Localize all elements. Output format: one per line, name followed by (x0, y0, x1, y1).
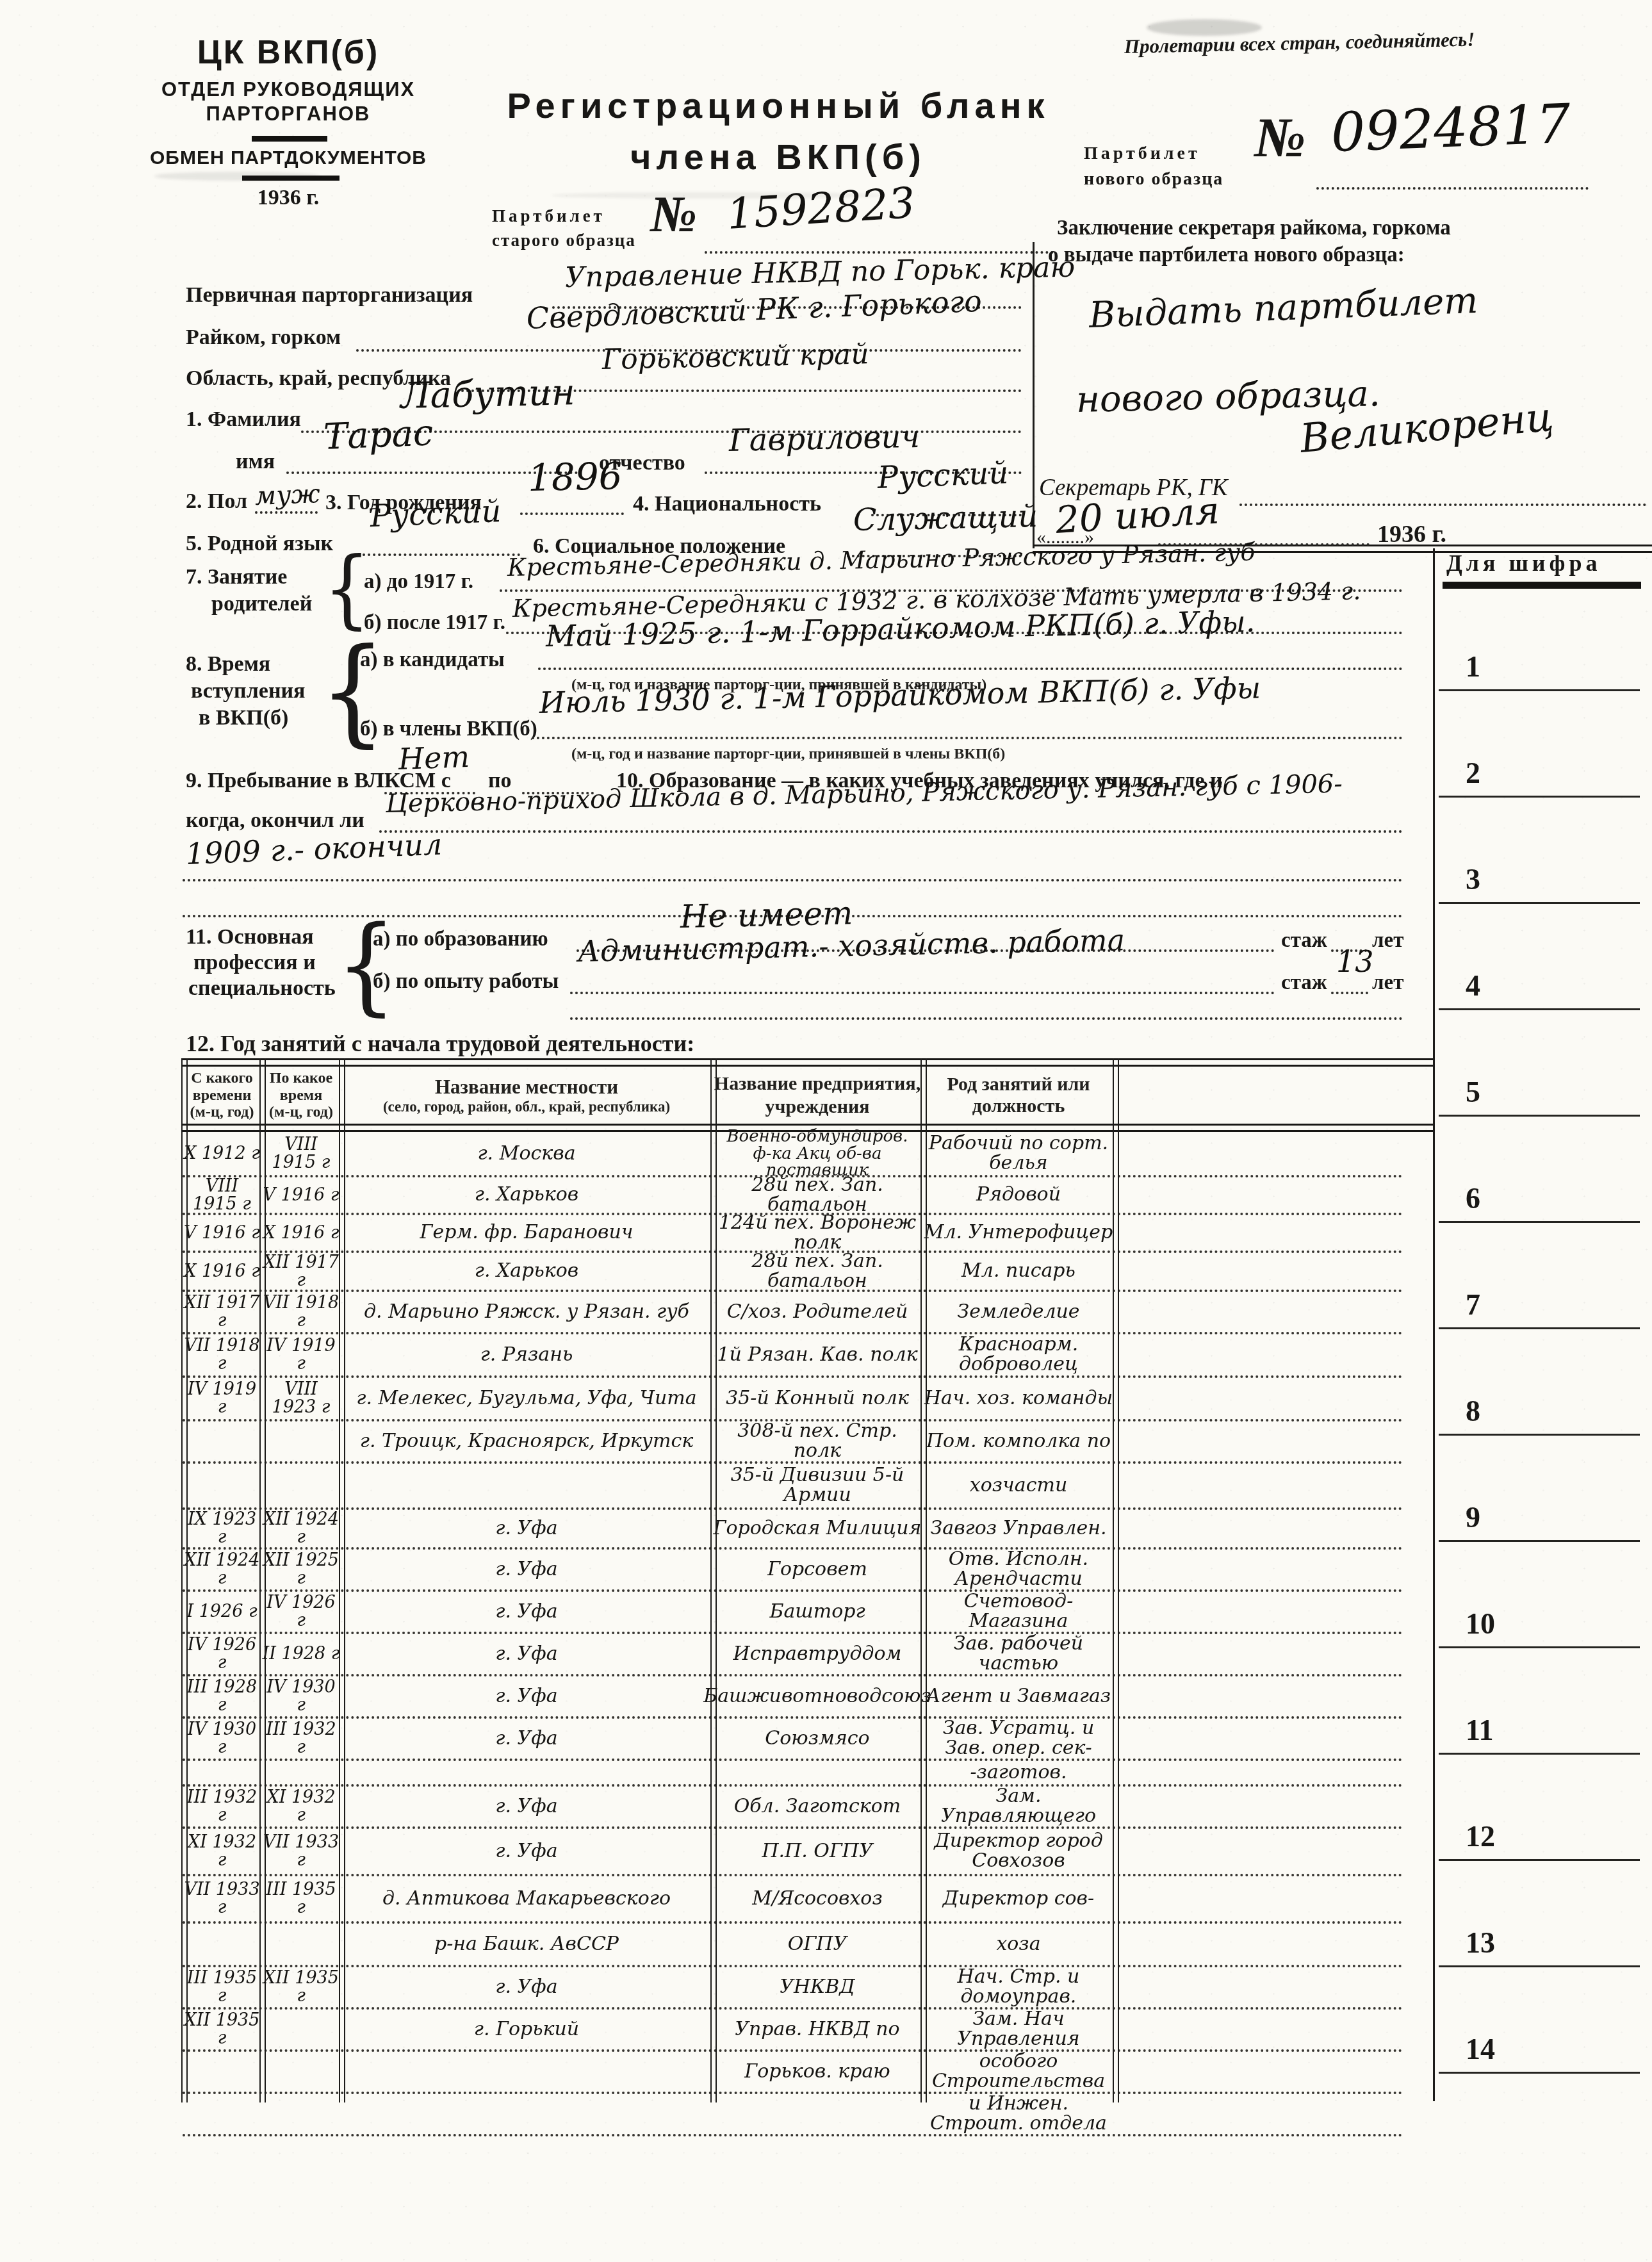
table-row: Горьков. краюособого Строительства (183, 2052, 1403, 2094)
cipher-header-text: Для шифра (1446, 550, 1601, 576)
table-cell: Зам. Управляющего (922, 1787, 1115, 1826)
oblast-value: Горьковский край (601, 338, 869, 376)
new-ticket-label2: нового образца (1084, 169, 1223, 190)
table-cell: XII 1925 г (261, 1552, 341, 1587)
table-cell: IV 1926 г (183, 1636, 261, 1671)
table-cell: V 1916 г (261, 1186, 341, 1204)
section11a-let-label: лет (1372, 929, 1403, 953)
scan-smudge (1147, 19, 1262, 36)
section11b-label: б) по опыту работы (373, 970, 559, 994)
section8b-note-text: (м-ц, год и название парторг-ции, приняв… (571, 746, 1005, 762)
page-title-line1: Регистрационный бланк (468, 85, 1089, 126)
section8-label3: в ВКП(б) (199, 706, 288, 730)
masthead-year-text: 1936 г. (258, 186, 320, 209)
section11b-stazh-label: стаж (1281, 971, 1327, 995)
table-cell: г. Рязань (341, 1345, 712, 1365)
h2-line1: По какое (270, 1070, 332, 1086)
section7-label2-text: родителей (211, 592, 312, 616)
table-cell: X 1916 г (183, 1263, 261, 1281)
section11b-stazh-value: 13 (1336, 944, 1374, 979)
table-row: X 1916 гXII 1917 гг. Харьков28й пех. Зап… (183, 1253, 1403, 1292)
name-value-text: Тарас (323, 412, 434, 458)
section11b-stazh-value-text: 13 (1336, 944, 1374, 979)
table-cell: III 1928 г (183, 1678, 261, 1714)
cipher-number-line (1439, 1008, 1640, 1010)
exchange-text: ОБМЕН ПАРТДОКУМЕНТОВ (150, 147, 427, 168)
table-cell: Обл. Заготскот (712, 1797, 922, 1817)
table-cell: Союзмясо (712, 1729, 922, 1749)
table-cell: С/хоз. Родителей (712, 1302, 922, 1322)
primary-org-value-text: Управление НКВД по Горьк. краю (564, 250, 1075, 294)
social-value: Служащий (853, 498, 1038, 538)
conclusion-heading2-text: о выдаче партбилета нового образца: (1048, 243, 1405, 266)
table-cell: X 1916 г (261, 1224, 341, 1242)
section8-label3-text: в ВКП(б) (199, 706, 288, 730)
table-cell: 35-й Конный полк (712, 1389, 922, 1409)
cipher-header: Для шифра (1446, 550, 1601, 577)
org-line2-text: ОТДЕЛ РУКОВОДЯЩИХ (161, 78, 415, 101)
cipher-number-line (1439, 902, 1640, 904)
new-ticket-number: 0924817 (1330, 92, 1572, 164)
section8a-label: а) в кандидаты (360, 648, 505, 672)
table-cell: Исправтруддом (712, 1644, 922, 1664)
table-cell: IX 1923 г (183, 1511, 261, 1546)
table-row: III 1928 гIV 1930 гг. УфаБашживотноводсо… (183, 1676, 1403, 1719)
nationality-label-text: 4. Национальность (633, 492, 821, 516)
table-cell: Военно-обмундиров. ф-ка Акц об-ва постав… (712, 1128, 922, 1179)
table-row: -заготов. (183, 1761, 1403, 1787)
section11b-dotline (570, 992, 1275, 994)
section7a-label: а) до 1917 г. (364, 570, 473, 594)
scan-smudge (551, 192, 884, 199)
conclusion-heading2: о выдаче партбилета нового образца: (1048, 243, 1405, 267)
scan-smudge (154, 172, 320, 181)
section8-label2: вступления (191, 679, 305, 703)
table-cell: и Инжен. Строит. отдела (922, 2094, 1115, 2133)
table-row: X 1912 гVIII 1915 гг. МоскваВоенно-обмун… (183, 1133, 1403, 1177)
cipher-number: 5 (1466, 1075, 1480, 1109)
section11b-let-text: лет (1372, 971, 1403, 994)
exchange-label: ОБМЕН ПАРТДОКУМЕНТОВ (109, 147, 468, 169)
table-cell: г. Уфа (341, 1842, 712, 1862)
old-ticket-label1-text: Партбилет (492, 206, 605, 225)
table-cell: г. Уфа (341, 1978, 712, 1997)
table-cell: III 1932 г (261, 1721, 341, 1756)
page-title-line1-text: Регистрационный бланк (507, 85, 1049, 126)
cipher-number-line (1439, 1646, 1640, 1648)
table-row: VII 1933 гIII 1935 гд. Аптикова Макарьев… (183, 1876, 1403, 1924)
table-cell: г. Уфа (341, 1729, 712, 1749)
cipher-header-bar (1443, 582, 1641, 589)
section8-label2-text: вступления (191, 679, 305, 703)
old-ticket-number-text: 1592823 (726, 178, 917, 239)
new-ticket-numero-icon: № (1254, 106, 1306, 170)
nationality-label: 4. Национальность (633, 492, 821, 516)
table-header-col4: Название предприятия, учреждения (712, 1069, 922, 1122)
section8-label1-text: 8. Время (186, 652, 270, 676)
cipher-number-line (1439, 1753, 1640, 1755)
table-cell: VIII 1915 г (261, 1136, 341, 1171)
section11a-label: а) по образованию (373, 928, 548, 951)
table-cell: Городская Милиция (712, 1519, 922, 1539)
primary-org-label: Первичная парторганизация (186, 283, 473, 307)
cipher-number: 7 (1466, 1288, 1480, 1322)
vlksm-value: Нет (398, 739, 470, 776)
section8a-label-text: а) в кандидаты (360, 648, 505, 671)
section8b-label: б) в члены ВКП(б) (360, 717, 537, 741)
table-cell: Мл. писарь (922, 1261, 1115, 1281)
new-ticket-number-text: 0924817 (1330, 92, 1572, 164)
table-row: IV 1930 гIII 1932 гг. УфаСоюзмясоЗав. Ус… (183, 1719, 1403, 1761)
h4-line2: учреждения (765, 1095, 870, 1119)
nationality-value: Русский (877, 455, 1009, 496)
table-cell: I 1926 г (183, 1603, 261, 1621)
section12-heading-text: 12. Год занятий с начала трудовой деятел… (186, 1031, 694, 1056)
section11b-stazh-text: стаж (1281, 971, 1327, 994)
org-line3: ПАРТОРГАНОВ (109, 102, 468, 126)
table-row: XII 1935 гг. ГорькийУправ. НКВД поЗам. Н… (183, 2010, 1403, 2052)
table-cell: Зав. Усратц. и Зав. опер. сек- (922, 1719, 1115, 1758)
table-cell: IV 1926 г (261, 1594, 341, 1629)
org-title: ЦК ВКП(б) (109, 33, 468, 72)
cipher-number: 9 (1466, 1500, 1480, 1534)
table-cell: XII 1935 г (261, 1969, 341, 2004)
table-cell: г. Уфа (341, 1602, 712, 1622)
birth-dotline (520, 512, 624, 515)
section8b-label-text: б) в члены ВКП(б) (360, 717, 537, 741)
name-label-text: имя (236, 450, 275, 473)
language-label-text: 5. Родной язык (186, 532, 333, 555)
section8-label1: 8. Время (186, 652, 270, 676)
table-row: XII 1924 гXII 1925 гг. УфаГорсоветОтв. И… (183, 1550, 1403, 1592)
sex-value-text: муж (254, 479, 321, 511)
cipher-number-line (1439, 1115, 1640, 1117)
table-cell: 308-й пех. Стр. полк (712, 1422, 922, 1461)
cipher-number-line (1439, 1434, 1640, 1436)
surname-value: Лабутин (400, 372, 575, 417)
table-cell: -заготов. (922, 1763, 1115, 1783)
table-vline-2 (259, 1058, 266, 2102)
language-value-text: Русский (370, 493, 502, 534)
table-cell: д. Марьино Ряжск. у Рязан. губ (341, 1302, 712, 1322)
section8b-note: (м-ц, год и название парторг-ции, приняв… (571, 746, 1005, 763)
table-vline-right (1113, 1058, 1119, 2102)
raikom-label: Райком, горком (186, 325, 341, 350)
old-ticket-number: 1592823 (726, 178, 917, 239)
table-header-col3: Название местности (село, город, район, … (341, 1069, 712, 1122)
table-cell: Отв. Исполн. Арендчасти (922, 1550, 1115, 1589)
table-header-col2: По какое время (м-ц, год) (261, 1069, 341, 1122)
table-cell: VIII 1923 г (261, 1381, 341, 1416)
table-cell: д. Аптикова Макарьевского (341, 1889, 712, 1909)
table-row: IX 1923 гXII 1924 гг. УфаГородская Милиц… (183, 1510, 1403, 1550)
h1-line1: С какого (191, 1070, 253, 1086)
table-cell: XI 1932 г (183, 1833, 261, 1869)
cipher-number: 14 (1466, 2032, 1495, 2066)
cipher-number-line (1439, 1965, 1640, 1967)
table-vline-5 (920, 1058, 927, 2102)
cipher-number-line (1439, 1859, 1640, 1861)
table-row: VII 1918 гIV 1919 гг. Рязань1й Рязан. Ка… (183, 1334, 1403, 1378)
education-label2-text: когда, окончил ли (186, 808, 364, 832)
table-row: V 1916 гX 1916 гГерм. фр. Баранович124й … (183, 1215, 1403, 1253)
org-title-text: ЦК ВКП(б) (197, 34, 380, 71)
table-row: I 1926 гIV 1926 гг. УфаБашторгСчетовод-М… (183, 1592, 1403, 1634)
table-cell: П.П. ОГПУ (712, 1842, 922, 1862)
section11-label2-text: профессия и (193, 951, 316, 974)
table-cell: X 1912 г (183, 1145, 261, 1163)
vlksm-value-text: Нет (398, 739, 470, 776)
table-row: IV 1919 гVIII 1923 гг. Мелекес, Бугульма… (183, 1378, 1403, 1422)
section7-label2: родителей (211, 592, 312, 616)
table-vline-3 (339, 1058, 345, 2102)
table-cell: Башживотноводсоюз (712, 1687, 922, 1707)
table-cell: VIII 1915 г (183, 1177, 261, 1213)
surname-label: 1. Фамилия (186, 407, 301, 432)
table-row: IV 1926 гII 1928 гг. УфаИсправтруддомЗав… (183, 1634, 1403, 1676)
cipher-number: 13 (1466, 1926, 1495, 1960)
section11-label2: профессия и (193, 951, 316, 975)
table-cell: г. Москва (341, 1144, 712, 1164)
education-dotline2 (183, 879, 1403, 881)
table-cell: Агент и Завмагаз (922, 1687, 1115, 1707)
table-cell: Земледелие (922, 1302, 1115, 1322)
table-cell: Рядовой (922, 1185, 1115, 1205)
table-header-col1: С какого времени (м-ц, год) (183, 1069, 261, 1122)
registration-form-page: ЦК ВКП(б) ОТДЕЛ РУКОВОДЯЩИХ ПАРТОРГАНОВ … (0, 0, 1652, 2262)
birth-value-text: 1896 (527, 454, 623, 500)
section11a-stazh-text: стаж (1281, 929, 1327, 952)
table-cell: IV 1930 г (261, 1678, 341, 1714)
table-vline-left (181, 1058, 188, 2102)
new-ticket-label2-text: нового образца (1084, 169, 1223, 189)
social-value-text: Служащий (853, 498, 1038, 538)
new-ticket-numero-text: № (1254, 107, 1306, 169)
h5-line1: Род занятий или должность (922, 1074, 1115, 1117)
table-row: III 1932 гXI 1932 гг. УфаОбл. ЗаготскотЗ… (183, 1787, 1403, 1829)
table-cell: Зам. Нач Управления (922, 2010, 1115, 2049)
cipher-number: 6 (1466, 1181, 1480, 1215)
old-ticket-label2-text: старого образца (492, 231, 636, 250)
cipher-number: 2 (1466, 756, 1480, 790)
cipher-number: 10 (1466, 1607, 1495, 1641)
table-cell: Пом. комполка по (922, 1432, 1115, 1452)
birth-value: 1896 (527, 454, 623, 500)
language-value: Русский (370, 493, 502, 534)
h3-line1: Название местности (435, 1076, 618, 1099)
section11b-label-text: б) по опыту работы (373, 970, 559, 993)
surname-label-text: 1. Фамилия (186, 407, 301, 431)
table-cell: 28й пех. Зап. батальон (712, 1176, 922, 1215)
language-dotline (363, 553, 520, 556)
table-cell: III 1932 г (183, 1789, 261, 1824)
section11-label1-text: 11. Основная (186, 925, 314, 949)
table-cell: Завгоз Управлен. (922, 1519, 1115, 1539)
education-dotline1 (379, 830, 1403, 833)
org-line3-text: ПАРТОРГАНОВ (206, 102, 371, 125)
section11a-let-text: лет (1372, 929, 1403, 952)
section11a-label-text: а) по образованию (373, 928, 548, 951)
h1-line3: (м-ц, год) (190, 1104, 254, 1120)
table-cell: Рабочий по сорт. белья (922, 1134, 1115, 1173)
section11b-value-text: Администрат.- хозяйств. работа (577, 922, 1125, 969)
cipher-column-border (1433, 548, 1435, 2101)
section8b-dotline (532, 737, 1403, 739)
primary-org-value: Управление НКВД по Горьк. краю (564, 250, 1075, 294)
table-cell: г. Харьков (341, 1261, 712, 1281)
cipher-number: 11 (1466, 1713, 1493, 1747)
table-row: 35-й Дивизии 5-й Армиихозчасти (183, 1464, 1403, 1510)
table-top-rule (183, 1058, 1433, 1067)
sex-dotline (255, 511, 318, 514)
table-cell: Красноарм. доброволец (922, 1335, 1115, 1374)
education-value2-text: 1909 г.- окончил (185, 827, 443, 871)
table-cell: г. Уфа (341, 1687, 712, 1707)
table-cell: Герм. фр. Баранович (341, 1223, 712, 1243)
table-cell: Нач. Стр. и домоуправ. (922, 1967, 1115, 2006)
table-cell: г. Харьков (341, 1185, 712, 1205)
table-cell: III 1935 г (261, 1881, 341, 1916)
cipher-number-line (1439, 1327, 1640, 1329)
table-row: XII 1917 гVII 1918 гд. Марьино Ряжск. у … (183, 1292, 1403, 1334)
table-cell: г. Мелекес, Бугульма, Уфа, Чита (341, 1389, 712, 1409)
date-year-text: 1936 г. (1377, 521, 1446, 548)
table-cell: 35-й Дивизии 5-й Армии (712, 1466, 922, 1505)
table-cell: 28й пех. Зап. батальон (712, 1252, 922, 1291)
table-row: III 1935 гXII 1935 гг. УфаУНКВДНач. Стр.… (183, 1967, 1403, 2010)
oblast-value-text: Горьковский край (601, 338, 869, 376)
org-line2: ОТДЕЛ РУКОВОДЯЩИХ (109, 78, 468, 101)
table-cell: хоза (922, 1935, 1115, 1955)
section11-label1: 11. Основная (186, 925, 314, 949)
section7-label1: 7. Занятие (186, 565, 287, 589)
table-cell: XI 1932 г (261, 1789, 341, 1824)
table-cell: г. Горький (341, 2020, 712, 2040)
conclusion-heading1: Заключение секретаря райкома, горкома (1057, 217, 1451, 240)
section11b-let-label: лет (1372, 971, 1403, 995)
table-cell: Нач. хоз. команды (922, 1389, 1115, 1409)
table-cell: IV 1930 г (183, 1721, 261, 1756)
old-ticket-label1: Партбилет (492, 206, 605, 226)
table-cell: Директор сов- (922, 1889, 1115, 1909)
table-cell: XII 1935 г (183, 2012, 261, 2047)
section11-extra-dotline (570, 1017, 1403, 1020)
conclusion-hw1-text: Выдать партбилет (1088, 280, 1479, 336)
patronymic-value-text: Гаврилович (728, 419, 920, 459)
old-ticket-label2: старого образца (492, 231, 636, 250)
section11-label3-text: специальность (188, 976, 336, 1000)
cipher-number-line (1439, 1221, 1640, 1223)
new-ticket-dotline (1316, 187, 1589, 190)
table-cell: Директор город Совхозов (922, 1832, 1115, 1871)
section8a-dotline (538, 668, 1403, 670)
name-label: имя (236, 450, 275, 474)
table-cell: г. Уфа (341, 1644, 712, 1664)
table-cell: Счетовод-Магазина (922, 1592, 1115, 1631)
table-row: и Инжен. Строит. отдела (183, 2094, 1403, 2136)
table-cell: 1й Рязан. Кав. полк (712, 1345, 922, 1365)
cipher-number-line (1439, 1540, 1640, 1542)
table-cell: особого Строительства (922, 2052, 1115, 2091)
table-cell: хозчасти (922, 1476, 1115, 1496)
table-cell: XII 1917 г (261, 1254, 341, 1289)
cipher-number-line (1439, 796, 1640, 798)
table-cell: г. Уфа (341, 1519, 712, 1539)
table-cell: Зав. рабочей частью (922, 1634, 1115, 1673)
date-year: 1936 г. (1377, 520, 1446, 548)
table-cell: III 1935 г (183, 1969, 261, 2004)
cipher-number: 3 (1466, 862, 1480, 896)
patronymic-value: Гаврилович (728, 419, 920, 459)
table-cell: VII 1933 г (183, 1881, 261, 1916)
table-cell: V 1916 г (183, 1224, 261, 1242)
table-cell: IV 1919 г (183, 1381, 261, 1416)
education-label2: когда, окончил ли (186, 808, 364, 833)
section12-heading: 12. Год занятий с начала трудовой деятел… (186, 1030, 694, 1057)
conclusion-heading1-text: Заключение секретаря райкома, горкома (1057, 217, 1451, 240)
h2-line2: время (280, 1087, 322, 1104)
table-cell: М/Ясосовхоз (712, 1889, 922, 1909)
secretary-dotline (1239, 504, 1646, 506)
work-table-body: X 1912 гVIII 1915 гг. МоскваВоенно-обмун… (183, 1133, 1403, 2136)
cipher-number: 8 (1466, 1394, 1480, 1428)
table-cell: XII 1917 г (183, 1294, 261, 1329)
surname-value-text: Лабутин (400, 372, 575, 417)
cipher-number-line (1439, 2072, 1640, 2074)
table-cell: VII 1933 г (261, 1833, 341, 1869)
table-cell: УНКВД (712, 1978, 922, 1997)
table-cell: XII 1924 г (261, 1511, 341, 1546)
h2-line3: (м-ц, год) (269, 1104, 333, 1120)
table-header-row: С какого времени (м-ц, год) По какое вре… (183, 1069, 1115, 1122)
new-ticket-label1: Партбилет (1084, 143, 1200, 164)
cipher-number: 4 (1466, 969, 1480, 1003)
table-row: XI 1932 гVII 1933 гг. УфаП.П. ОГПУДирект… (183, 1829, 1403, 1876)
section7-label1-text: 7. Занятие (186, 565, 287, 589)
primary-org-label-text: Первичная парторганизация (186, 283, 473, 307)
table-cell: Горьков. краю (712, 2062, 922, 2082)
table-cell: II 1928 г (261, 1645, 341, 1663)
sex-value: муж (254, 479, 321, 511)
section7a-label-text: а) до 1917 г. (364, 570, 473, 593)
table-cell: Управ. НКВД по (712, 2020, 922, 2040)
table-row: VIII 1915 гV 1916 гг. Харьков28й пех. За… (183, 1177, 1403, 1215)
table-cell: 124й пех. Воронеж полк (712, 1213, 922, 1252)
section11b-stazh-dotline (1331, 992, 1368, 994)
name-value: Тарас (323, 412, 434, 458)
sex-label: 2. Пол (186, 489, 247, 514)
table-vline-4 (710, 1058, 717, 2102)
nationality-value-text: Русский (877, 455, 1009, 496)
masthead-year: 1936 г. (109, 186, 468, 210)
section11b-value: Администрат.- хозяйств. работа (577, 922, 1125, 969)
table-cell: Башторг (712, 1602, 922, 1622)
table-cell: г. Уфа (341, 1560, 712, 1580)
section11-brace-glyph: { (336, 904, 397, 1026)
table-cell: р-на Башк. АвССР (341, 1935, 712, 1955)
table-header-col5: Род занятий или должность (922, 1069, 1115, 1122)
table-row: г. Троицк, Красноярск, Иркутск308-й пех.… (183, 1422, 1403, 1464)
table-cell: XII 1924 г (183, 1552, 261, 1587)
cipher-number-line (1439, 689, 1640, 691)
conclusion-handwriting-line1: Выдать партбилет (1088, 280, 1479, 336)
table-cell: Горсовет (712, 1560, 922, 1580)
page-title-line2: члена ВКП(б) (468, 136, 1089, 177)
table-cell: г. Троицк, Красноярск, Иркутск (341, 1432, 712, 1452)
page-title-line2-text: члена ВКП(б) (630, 136, 926, 177)
table-cell: ОГПУ (712, 1935, 922, 1955)
h4-line1: Название предприятия, (714, 1072, 920, 1095)
